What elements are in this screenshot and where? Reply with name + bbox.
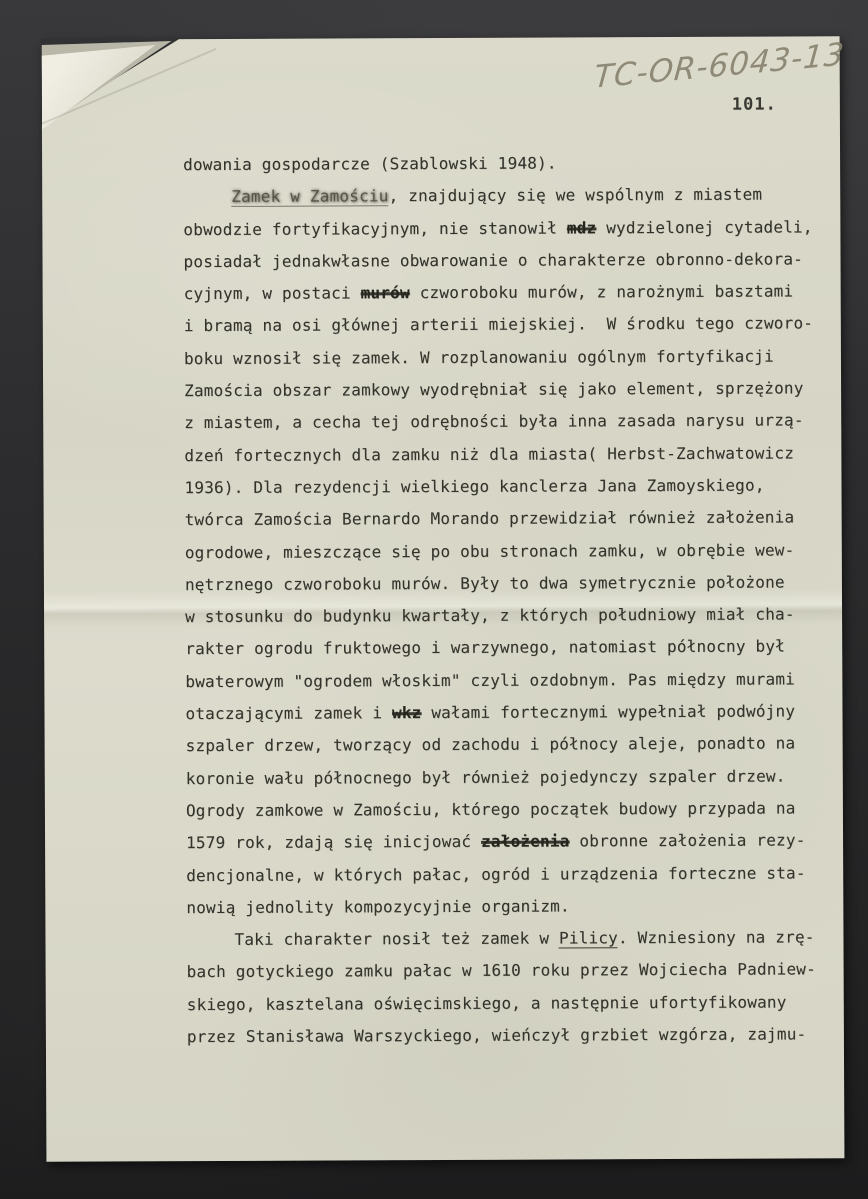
text-line: dzeń fortecznych dla zamku niż dla miast… bbox=[184, 437, 830, 472]
text-segment: dowania gospodarcze (Szablowski 1948). bbox=[183, 153, 557, 174]
text-line: w stosunku do budynku kwartały, z któryc… bbox=[185, 598, 831, 633]
text-segment: przez Stanisława Warszyckiego, wieńczył … bbox=[187, 1024, 807, 1046]
text-segment: bach gotyckiego zamku pałac w 1610 roku … bbox=[187, 960, 816, 982]
text-segment: dzeń fortecznych dla zamku niż dla miast… bbox=[184, 443, 794, 465]
text-segment: obwodzie fortyfikacyjnym, nie stanowił bbox=[183, 218, 567, 239]
text-line: Ogrody zamkowe w Zamościu, którego począ… bbox=[186, 792, 832, 827]
text-line: cyjnym, w postaci murów czworoboku murów… bbox=[184, 275, 830, 310]
text-segment-underline: Pilicy bbox=[559, 928, 618, 948]
scanned-page-background: TC-OR-6043-13 101. dowania gospodarcze (… bbox=[0, 0, 868, 1199]
paper-sheet: TC-OR-6043-13 101. dowania gospodarcze (… bbox=[42, 36, 845, 1161]
text-line: z miastem, a cecha tej odrębności była i… bbox=[184, 405, 830, 440]
text-segment-struck: murów bbox=[361, 283, 410, 302]
text-segment: Taki charakter nosił też zamek w bbox=[234, 929, 559, 949]
text-line: bach gotyckiego zamku pałac w 1610 roku … bbox=[187, 954, 833, 989]
text-segment: skiego, kasztelana oświęcimskiego, a nas… bbox=[187, 992, 787, 1014]
text-segment: i bramą na osi głównej arterii miejskiej… bbox=[184, 314, 813, 336]
text-segment: koronie wału północnego był również poje… bbox=[186, 766, 786, 788]
text-line: obwodzie fortyfikacyjnym, nie stanowił m… bbox=[183, 211, 829, 246]
text-line: rakter ogrodu fruktowego i warzywnego, n… bbox=[185, 631, 831, 666]
text-line: Taki charakter nosił też zamek w Pilicy.… bbox=[186, 921, 832, 956]
text-segment: dencjonalne, w których pałac, ogród i ur… bbox=[186, 863, 806, 885]
text-segment: 1936). Dla rezydencji wielkiego kanclerz… bbox=[184, 476, 764, 498]
text-segment-struck: wkz bbox=[392, 703, 422, 722]
text-segment: boku wznosił się zamek. W rozplanowaniu … bbox=[184, 346, 774, 368]
text-segment: w stosunku do budynku kwartały, z któryc… bbox=[185, 605, 795, 627]
text-line: koronie wału północnego był również poje… bbox=[186, 760, 832, 795]
text-segment: Zamościa obszar zamkowy wyodrębniał się … bbox=[184, 379, 804, 401]
text-line: dencjonalne, w których pałac, ogród i ur… bbox=[186, 857, 832, 892]
text-line: dowania gospodarcze (Szablowski 1948). bbox=[183, 146, 829, 181]
text-line: przez Stanisława Warszyckiego, wieńczył … bbox=[187, 1018, 833, 1053]
text-segment: bwaterowym "ogrodem włoskim" czyli ozdob… bbox=[185, 669, 795, 691]
text-segment: nowią jednolity kompozycyjnie organizm. bbox=[186, 896, 570, 917]
text-line: Zamek w Zamościu, znajdujący się we wspó… bbox=[183, 179, 829, 214]
text-line: posiadał jednakwłasne obwarowanie o char… bbox=[183, 243, 829, 278]
text-line: boku wznosił się zamek. W rozplanowaniu … bbox=[184, 340, 830, 375]
text-segment: wydzielonej cytadeli, bbox=[596, 217, 812, 237]
text-segment: obronne założenia rezy- bbox=[570, 831, 806, 851]
text-line: nowią jednolity kompozycyjnie organizm. bbox=[186, 889, 832, 924]
text-segment: , znajdujący się we wspólnym z miastem bbox=[389, 185, 763, 206]
text-line: i bramą na osi głównej arterii miejskiej… bbox=[184, 308, 830, 343]
text-segment-faded-underline: Zamek w Zamościu bbox=[231, 187, 388, 208]
text-segment: Ogrody zamkowe w Zamościu, którego począ… bbox=[186, 798, 796, 820]
text-segment: 1579 rok, zdają się inicjować bbox=[186, 832, 481, 852]
text-segment-struck: założenia bbox=[481, 832, 570, 851]
text-line: 1936). Dla rezydencji wielkiego kanclerz… bbox=[184, 469, 830, 504]
typewritten-text: dowania gospodarcze (Szablowski 1948).Za… bbox=[183, 146, 833, 1053]
text-segment: nętrznego czworoboku murów. Były to dwa … bbox=[185, 572, 785, 594]
text-segment: rakter ogrodu fruktowego i warzywnego, n… bbox=[185, 637, 785, 659]
text-line: otaczającymi zamek i wkz wałami forteczn… bbox=[185, 695, 831, 730]
text-segment: z miastem, a cecha tej odrębności była i… bbox=[184, 411, 804, 433]
text-line: szpaler drzew, tworzący od zachodu i pół… bbox=[186, 728, 832, 763]
text-segment: ogrodowe, mieszczące się po obu stronach… bbox=[185, 540, 795, 562]
text-segment: twórca Zamościa Bernardo Morando przewid… bbox=[185, 508, 795, 530]
text-segment-struck: mdz bbox=[567, 218, 597, 237]
text-segment: czworoboku murów, z narożnymi basztami bbox=[410, 282, 794, 303]
text-segment: wałami fortecznymi wypełniał podwójny bbox=[421, 702, 795, 723]
text-line: Zamościa obszar zamkowy wyodrębniał się … bbox=[184, 372, 830, 407]
text-line: ogrodowe, mieszczące się po obu stronach… bbox=[185, 534, 831, 569]
text-segment: szpaler drzew, tworzący od zachodu i pół… bbox=[186, 734, 796, 756]
text-segment: . Wzniesiony na zrę- bbox=[618, 928, 815, 948]
text-line: twórca Zamościa Bernardo Morando przewid… bbox=[185, 502, 831, 537]
text-segment: posiadał jednakwłasne obwarowanie o char… bbox=[183, 249, 803, 271]
text-line: 1579 rok, zdają się inicjować założenia … bbox=[186, 825, 832, 860]
text-line: bwaterowym "ogrodem włoskim" czyli ozdob… bbox=[185, 663, 831, 698]
page-number: 101. bbox=[732, 95, 777, 115]
text-line: skiego, kasztelana oświęcimskiego, a nas… bbox=[187, 986, 833, 1021]
text-line: nętrznego czworoboku murów. Były to dwa … bbox=[185, 566, 831, 601]
text-segment: otaczającymi zamek i bbox=[185, 703, 392, 723]
text-segment: cyjnym, w postaci bbox=[184, 284, 361, 304]
handwritten-archive-code: TC-OR-6043-13 bbox=[593, 34, 868, 96]
